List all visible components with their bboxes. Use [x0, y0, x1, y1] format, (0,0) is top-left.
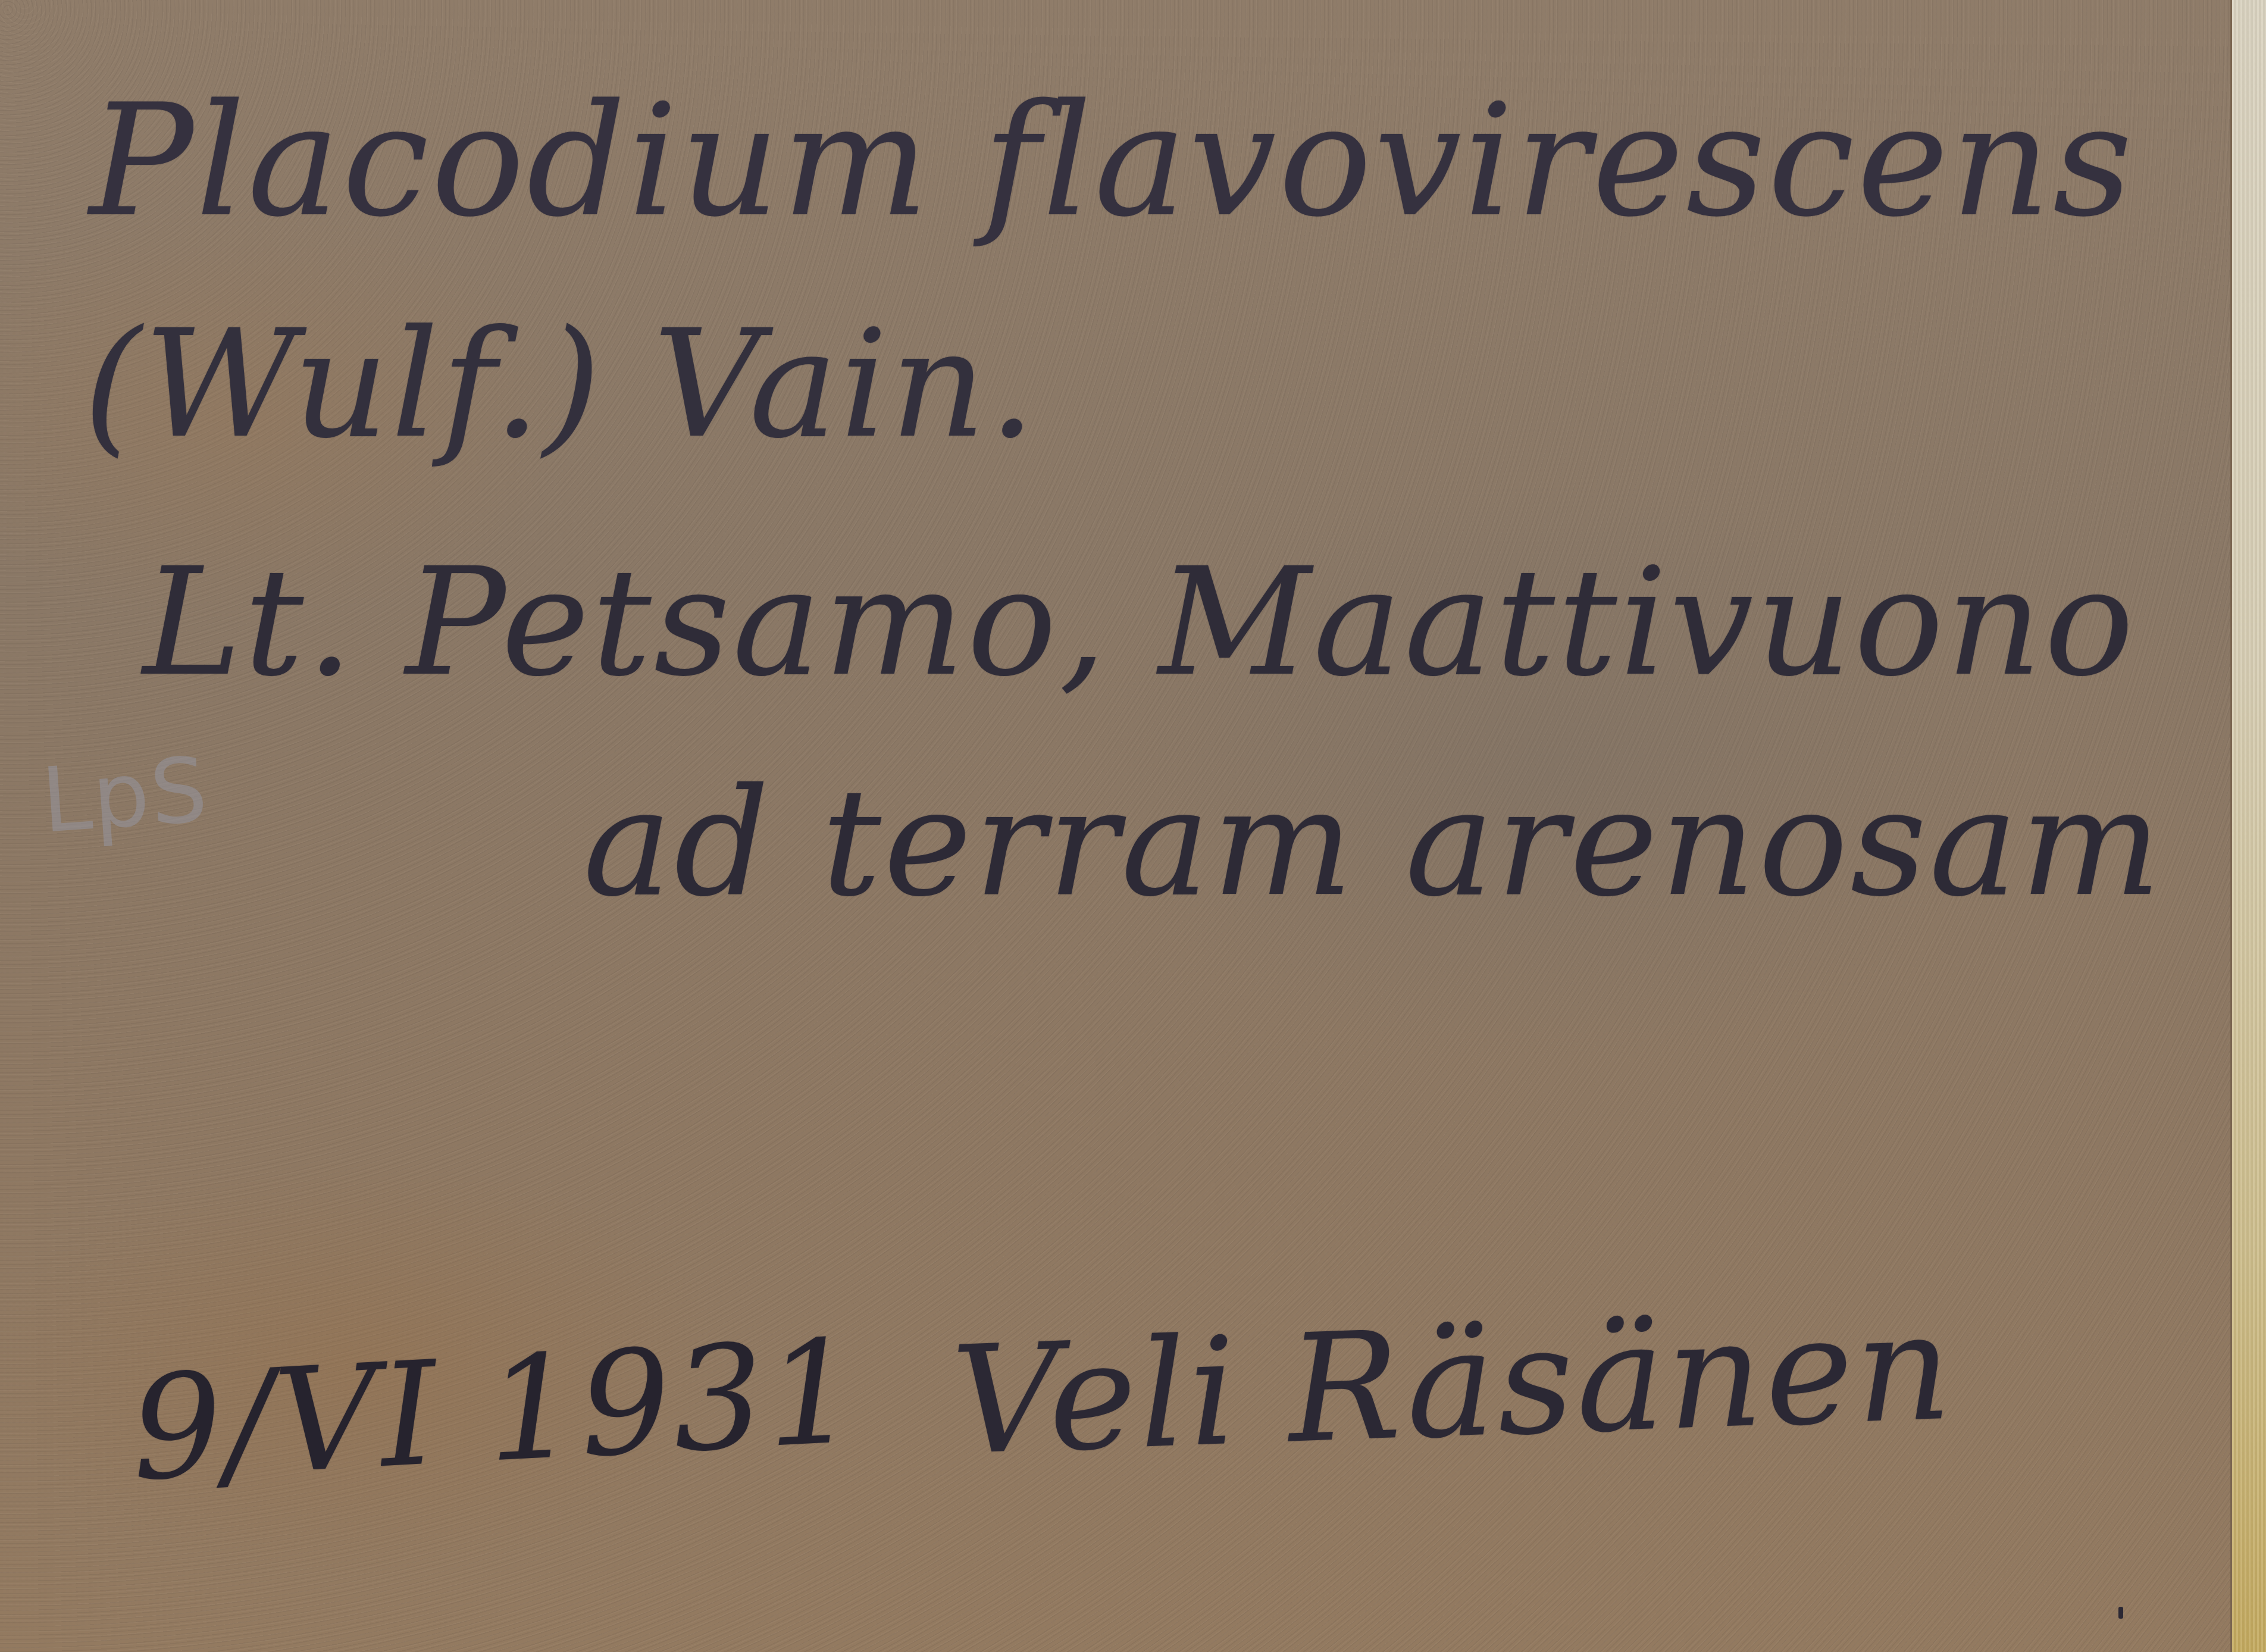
- mount-edge-strip: [2230, 0, 2266, 1652]
- collection-date: 9/VI 1931: [127, 1308, 864, 1513]
- habitat: ad terram arenosam: [583, 756, 2164, 929]
- taxon-authority: (Wulf.) Vain.: [83, 298, 1038, 471]
- ink-mark: [2118, 1607, 2123, 1619]
- locality: Lt. Petsamo, Maattivuono: [143, 536, 2136, 709]
- taxon-name: Placodium flavovirescens: [89, 71, 2134, 251]
- herbarium-label-scan: Placodium flavovirescens (Wulf.) Vain. L…: [0, 0, 2266, 1652]
- collector-name: Veli Räsänen: [949, 1280, 1956, 1488]
- pencil-annotation: LpS: [38, 738, 211, 853]
- label-paper: Placodium flavovirescens (Wulf.) Vain. L…: [0, 0, 2230, 1652]
